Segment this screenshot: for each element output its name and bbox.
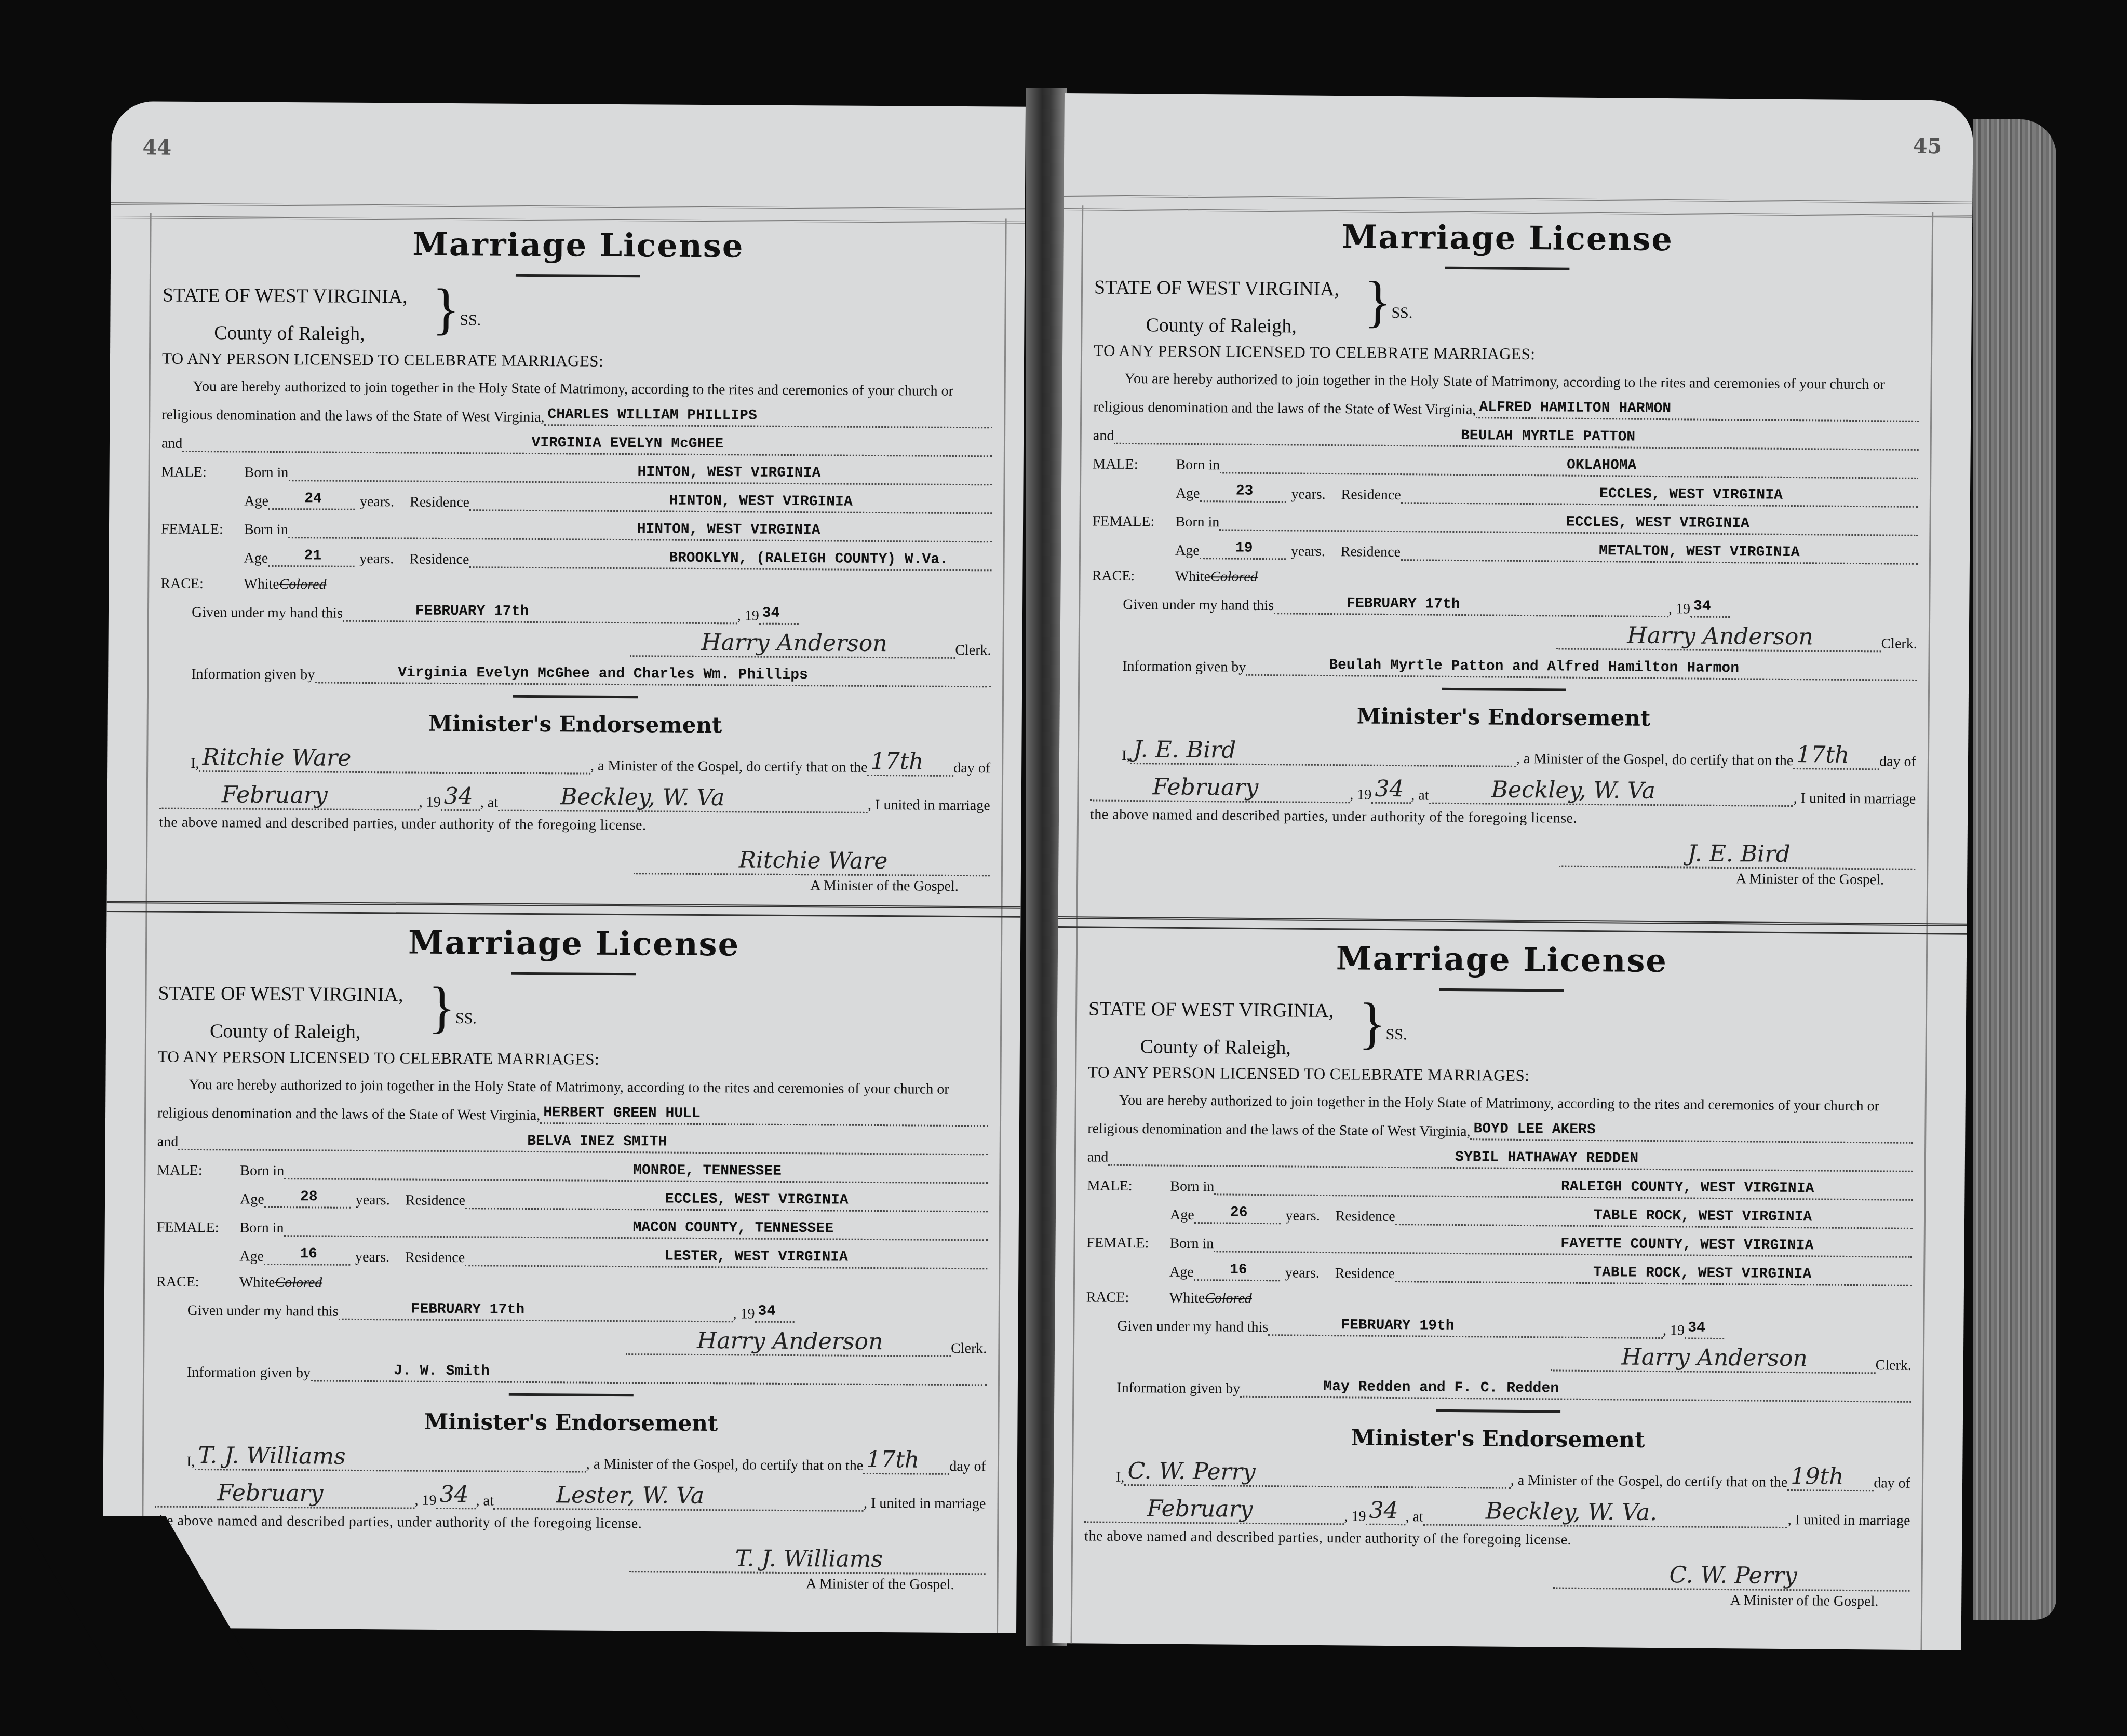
bride-name[interactable]: BEULAH MYRTLE PATTON: [1114, 425, 1919, 451]
marriage-month: February: [155, 1480, 414, 1509]
years-label: years.: [1291, 486, 1325, 503]
female-born-in[interactable]: HINTON, WEST VIRGINIA: [288, 519, 992, 542]
minister-certify: , a Minister of the Gospel, do certify t…: [590, 758, 868, 776]
at-label: , at: [476, 1493, 493, 1509]
marriage-license-2: Marriage License STATE OF WEST VIRGINIA,…: [1089, 205, 1920, 902]
minister-title: Minister's Endorsement: [1091, 701, 1916, 733]
clerk-signature: Harry Anderson: [1556, 621, 1881, 652]
male-residence[interactable]: HINTON, WEST VIRGINIA: [469, 492, 992, 514]
female-label: FEMALE:: [1086, 1235, 1169, 1252]
born-in-label: Born in: [1170, 1178, 1214, 1196]
race-struck: Colored: [1205, 1290, 1252, 1307]
born-in-label: Born in: [1169, 1236, 1214, 1253]
race-label: RACE:: [160, 576, 244, 593]
and-label: and: [161, 436, 183, 452]
given-label: Given under my hand this: [1123, 596, 1274, 614]
salutation: TO ANY PERSON LICENSED TO CELEBRATE MARR…: [1088, 1063, 1914, 1088]
year-prefix: , 19: [1668, 601, 1690, 617]
marriage-place: Beckley, W. Va: [498, 783, 868, 813]
license-title: Marriage License: [1089, 937, 1915, 981]
race-label: RACE:: [1086, 1289, 1169, 1306]
female-age[interactable]: 16: [264, 1246, 350, 1266]
marriage-year: 34: [436, 1481, 476, 1509]
year-prefix: , 19: [414, 1493, 436, 1509]
age-label: Age: [1149, 1206, 1194, 1224]
clerk-label: Clerk.: [955, 642, 991, 659]
minister-name: Ritchie Ware: [199, 744, 590, 775]
born-in-label: Born in: [1175, 514, 1219, 531]
marriage-month: February: [1090, 773, 1350, 803]
female-residence[interactable]: TABLE ROCK, WEST VIRGINIA: [1395, 1263, 1912, 1286]
clerk-label: Clerk.: [1875, 1357, 1911, 1374]
race-struck: Colored: [279, 576, 327, 593]
male-age[interactable]: 26: [1194, 1204, 1281, 1224]
info-given-by[interactable]: Virginia Evelyn McGhee and Charles Wm. P…: [315, 664, 991, 687]
and-label: and: [1087, 1149, 1109, 1165]
female-age[interactable]: 21: [268, 548, 354, 567]
female-label: FEMALE:: [161, 521, 244, 538]
age-label: Age: [219, 1191, 264, 1208]
religious-text: religious denomination and the laws of t…: [157, 1105, 540, 1124]
county-line: County of Raleigh,: [162, 321, 432, 346]
race-struck: Colored: [275, 1274, 322, 1292]
residence-label: Residence: [1336, 1208, 1395, 1225]
authorization-text: You are hereby authorized to join togeth…: [1094, 370, 1919, 393]
state-line: STATE OF WEST VIRGINIA,: [163, 284, 433, 308]
minister-name: J. E. Bird: [1130, 736, 1516, 767]
male-age[interactable]: 28: [264, 1189, 351, 1209]
born-in-label: Born in: [240, 1220, 284, 1237]
given-year[interactable]: 34: [759, 605, 799, 625]
female-residence[interactable]: METALTON, WEST VIRGINIA: [1401, 541, 1918, 565]
residence-label: Residence: [1335, 1265, 1395, 1282]
united-label: , I united in marriage: [1788, 1512, 1910, 1529]
minister-i: I,: [186, 1454, 195, 1470]
parties-text: the above named and described parties, u…: [1084, 1528, 1910, 1551]
age-label: Age: [223, 493, 268, 510]
minister-name: C. W. Perry: [1124, 1458, 1511, 1489]
brace: }: [1358, 995, 1386, 1060]
section-rule: [1436, 1409, 1560, 1413]
minister-i: I,: [1122, 748, 1130, 764]
marriage-license-1: Marriage License STATE OF WEST VIRGINIA,…: [159, 213, 994, 909]
year-prefix: , 19: [733, 1306, 755, 1322]
groom-name[interactable]: ALFRED HAMILTON HARMON: [1476, 399, 1919, 422]
day-of: day of: [1874, 1475, 1910, 1492]
clerk-signature: Harry Anderson: [626, 1327, 951, 1357]
brace: }: [432, 280, 460, 346]
bride-name[interactable]: VIRGINIA EVELYN McGHEE: [182, 433, 992, 457]
license-title: Marriage License: [163, 224, 993, 267]
salutation: TO ANY PERSON LICENSED TO CELEBRATE MARR…: [1094, 341, 1919, 366]
marriage-place: Beckley, W. Va.: [1423, 1498, 1788, 1529]
minister-i: I,: [1116, 1469, 1125, 1486]
female-residence[interactable]: LESTER, WEST VIRGINIA: [465, 1247, 987, 1269]
parties-text: the above named and described parties, u…: [1090, 806, 1916, 829]
venue-block: STATE OF WEST VIRGINIA, County of Raleig…: [1088, 997, 1914, 1064]
years-label: years.: [1291, 543, 1325, 560]
bride-name[interactable]: SYBIL HATHAWAY REDDEN: [1108, 1147, 1913, 1172]
and-label: and: [1093, 427, 1114, 444]
year-prefix: , 19: [1350, 786, 1371, 803]
race-label: RACE:: [156, 1274, 239, 1291]
authorization-text: You are hereby authorized to join togeth…: [157, 1077, 988, 1098]
marriage-year: 34: [441, 783, 480, 811]
minister-certify: , a Minister of the Gospel, do certify t…: [1516, 751, 1794, 769]
left-page: 44 Marriage License STATE OF WEST VIRGIN…: [102, 101, 1026, 1633]
given-date[interactable]: FEBRUARY 19th: [1268, 1317, 1663, 1339]
page-number: 45: [1913, 134, 1942, 158]
united-label: , I united in marriage: [868, 797, 990, 814]
male-residence[interactable]: ECCLES, WEST VIRGINIA: [1401, 484, 1918, 508]
age-label: Age: [219, 1248, 264, 1265]
male-age[interactable]: 24: [268, 491, 355, 510]
info-given-by[interactable]: Beulah Myrtle Patton and Alfred Hamilton…: [1246, 657, 1917, 681]
given-year[interactable]: 34: [1685, 1320, 1724, 1339]
info-label: Information given by: [1116, 1380, 1240, 1398]
county-line: County of Raleigh,: [1088, 1035, 1358, 1060]
info-label: Information given by: [1122, 658, 1246, 676]
venue-block: STATE OF WEST VIRGINIA, County of Raleig…: [162, 284, 993, 349]
state-line: STATE OF WEST VIRGINIA,: [158, 982, 428, 1007]
clerk-label: Clerk.: [951, 1340, 987, 1357]
female-label: FEMALE:: [1092, 513, 1175, 530]
ss-label: SS.: [460, 311, 481, 346]
minister-title: Minister's Endorsement: [1085, 1422, 1911, 1454]
info-given-by[interactable]: J. W. Smith: [311, 1362, 987, 1386]
groom-name[interactable]: HERBERT GREEN HULL: [540, 1105, 988, 1127]
clerk-signature: Harry Anderson: [1550, 1343, 1875, 1374]
info-label: Information given by: [187, 1364, 311, 1381]
residence-label: Residence: [1341, 544, 1401, 561]
years-label: years.: [356, 1192, 390, 1209]
marriage-license-3: Marriage License STATE OF WEST VIRGINIA,…: [154, 912, 989, 1607]
given-date[interactable]: FEBRUARY 17th: [339, 1301, 733, 1323]
age-label: Age: [1155, 485, 1200, 502]
ss-label: SS.: [455, 1010, 477, 1044]
license-title: Marriage License: [1095, 215, 1921, 260]
info-label: Information given by: [191, 666, 315, 683]
section-rule: [509, 1393, 634, 1396]
marriage-place: Beckley, W. Va: [1429, 776, 1794, 807]
clerk-label: Clerk.: [1881, 635, 1917, 653]
marriage-day: 17th: [863, 1446, 949, 1475]
day-of: day of: [953, 760, 990, 777]
minister-signature: Ritchie Ware: [634, 846, 990, 876]
age-label: Age: [1154, 542, 1200, 559]
info-given-by[interactable]: May Redden and F. C. Redden: [1240, 1378, 1911, 1403]
religious-text: religious denomination and the laws of t…: [1093, 399, 1476, 418]
day-of: day of: [1879, 753, 1916, 770]
ss-label: SS.: [1385, 1026, 1407, 1060]
salutation: TO ANY PERSON LICENSED TO CELEBRATE MARR…: [158, 1048, 989, 1072]
minister-signature: T. J. Williams: [629, 1544, 986, 1575]
race-value: White: [244, 576, 279, 593]
groom-name[interactable]: BOYD LEE AKERS: [1470, 1121, 1913, 1144]
brace: }: [428, 979, 456, 1044]
religious-text: religious denomination and the laws of t…: [161, 407, 544, 426]
race-value: White: [1175, 568, 1211, 586]
age-label: Age: [223, 550, 268, 567]
county-line: County of Raleigh,: [158, 1020, 428, 1044]
groom-name[interactable]: CHARLES WILLIAM PHILLIPS: [544, 406, 992, 428]
year-prefix: , 19: [1663, 1322, 1685, 1339]
marriage-place: Lester, W. Va: [494, 1482, 864, 1512]
license-title: Marriage License: [158, 922, 989, 965]
title-rule: [1439, 988, 1564, 992]
marriage-day: 19th: [1787, 1463, 1874, 1491]
given-date[interactable]: FEBRUARY 17th: [343, 603, 737, 625]
venue-block: STATE OF WEST VIRGINIA, County of Raleig…: [158, 982, 989, 1048]
religious-text: religious denomination and the laws of t…: [1087, 1120, 1470, 1140]
section-rule: [513, 695, 638, 698]
male-born-in[interactable]: OKLAHOMA: [1220, 454, 1918, 479]
female-born-in[interactable]: MACON COUNTY, TENNESSEE: [284, 1217, 987, 1241]
race-value: White: [239, 1274, 275, 1291]
at-label: , at: [1405, 1509, 1423, 1525]
race-value: White: [1169, 1290, 1205, 1307]
marriage-year: 34: [1371, 776, 1411, 804]
minister-caption: A Minister of the Gospel.: [1084, 1587, 1909, 1610]
years-label: years.: [1285, 1265, 1320, 1282]
marriage-month: February: [1084, 1495, 1344, 1525]
venue-block: STATE OF WEST VIRGINIA, County of Raleig…: [1094, 276, 1920, 342]
female-label: FEMALE:: [157, 1219, 240, 1237]
residence-label: Residence: [1341, 486, 1401, 504]
bride-name[interactable]: BELVA INEZ SMITH: [178, 1131, 988, 1156]
minister-title: Minister's Endorsement: [160, 709, 991, 740]
age-label: Age: [1149, 1264, 1194, 1281]
minister-signature: C. W. Perry: [1553, 1561, 1909, 1591]
years-label: years.: [360, 494, 394, 510]
at-label: , at: [480, 794, 498, 811]
section-rule: [1442, 688, 1566, 691]
minister-i: I,: [191, 755, 199, 772]
day-of: day of: [949, 1458, 986, 1475]
marriage-license-4: Marriage License STATE OF WEST VIRGINIA,…: [1084, 927, 1915, 1623]
female-born-in[interactable]: ECCLES, WEST VIRGINIA: [1219, 511, 1918, 536]
authorization-text: You are hereby authorized to join togeth…: [1088, 1092, 1914, 1115]
years-label: years.: [1286, 1208, 1320, 1225]
residence-label: Residence: [409, 551, 469, 568]
male-residence[interactable]: TABLE ROCK, WEST VIRGINIA: [1395, 1206, 1913, 1229]
male-born-in[interactable]: MONROE, TENNESSEE: [284, 1160, 988, 1184]
state-line: STATE OF WEST VIRGINIA,: [1094, 276, 1364, 301]
minister-signature: J. E. Bird: [1559, 839, 1915, 870]
page-edges: [1973, 119, 2056, 1620]
years-label: years.: [359, 551, 394, 567]
female-born-in[interactable]: FAYETTE COUNTY, WEST VIRGINIA: [1214, 1233, 1912, 1258]
male-born-in[interactable]: HINTON, WEST VIRGINIA: [288, 462, 992, 485]
marriage-day: 17th: [1793, 741, 1879, 770]
male-label: MALE:: [161, 464, 245, 481]
marriage-month: February: [159, 781, 419, 811]
clerk-signature: Harry Anderson: [630, 629, 955, 659]
minister-caption: A Minister of the Gospel.: [1089, 865, 1915, 888]
female-age[interactable]: 19: [1200, 540, 1286, 560]
male-residence[interactable]: ECCLES, WEST VIRGINIA: [465, 1190, 988, 1212]
state-line: STATE OF WEST VIRGINIA,: [1088, 997, 1358, 1022]
minister-certify: , a Minister of the Gospel, do certify t…: [1511, 1472, 1788, 1491]
title-rule: [516, 274, 640, 277]
authorization-text: You are hereby authorized to join togeth…: [162, 378, 993, 400]
salutation: TO ANY PERSON LICENSED TO CELEBRATE MARR…: [162, 349, 993, 373]
at-label: , at: [1411, 787, 1429, 804]
given-date[interactable]: FEBRUARY 17th: [1274, 595, 1668, 617]
given-year[interactable]: 34: [1690, 598, 1730, 618]
minister-name: T. J. Williams: [195, 1442, 586, 1473]
title-rule: [511, 972, 636, 975]
male-born-in[interactable]: RALEIGH COUNTY, WEST VIRGINIA: [1214, 1176, 1913, 1201]
given-label: Given under my hand this: [187, 1303, 339, 1320]
born-in-label: Born in: [245, 465, 289, 482]
united-label: , I united in marriage: [864, 1495, 986, 1512]
and-label: and: [157, 1134, 179, 1150]
born-in-label: Born in: [1176, 457, 1220, 474]
united-label: , I united in marriage: [1794, 790, 1916, 808]
male-label: MALE:: [1093, 456, 1176, 473]
female-age[interactable]: 16: [1194, 1262, 1280, 1281]
residence-label: Residence: [406, 1192, 465, 1209]
given-year[interactable]: 34: [755, 1304, 794, 1323]
year-prefix: , 19: [737, 607, 759, 624]
given-label: Given under my hand this: [1117, 1318, 1268, 1336]
female-residence[interactable]: BROOKLYN, (RALEIGH COUNTY) W.Va.: [469, 549, 991, 571]
race-struck: Colored: [1210, 568, 1258, 586]
years-label: years.: [355, 1249, 389, 1266]
parties-text: the above named and described parties, u…: [159, 815, 990, 836]
title-rule: [1445, 267, 1569, 270]
marriage-year: 34: [1366, 1497, 1405, 1526]
parties-text: the above named and described parties, u…: [155, 1513, 986, 1535]
minister-certify: , a Minister of the Gospel, do certify t…: [586, 1456, 864, 1474]
year-prefix: , 19: [419, 794, 441, 811]
marriage-day: 17th: [867, 748, 953, 777]
born-in-label: Born in: [240, 1163, 284, 1180]
male-label: MALE:: [157, 1162, 240, 1179]
minister-caption: A Minister of the Gospel.: [155, 1572, 986, 1594]
year-prefix: , 19: [1344, 1508, 1366, 1525]
male-age[interactable]: 23: [1200, 483, 1286, 503]
residence-label: Residence: [410, 494, 469, 511]
county-line: County of Raleigh,: [1094, 313, 1364, 338]
minister-title: Minister's Endorsement: [155, 1407, 986, 1438]
male-label: MALE:: [1087, 1177, 1170, 1195]
born-in-label: Born in: [244, 522, 288, 539]
race-label: RACE:: [1092, 567, 1175, 585]
minister-caption: A Minister of the Gospel.: [159, 874, 990, 896]
residence-label: Residence: [405, 1249, 465, 1266]
given-label: Given under my hand this: [192, 604, 343, 622]
right-page: 45 Marriage License STATE OF WEST VIRGIN…: [1053, 93, 1973, 1650]
page-number: 44: [142, 135, 171, 159]
ss-label: SS.: [1391, 304, 1412, 338]
brace: }: [1364, 273, 1392, 338]
